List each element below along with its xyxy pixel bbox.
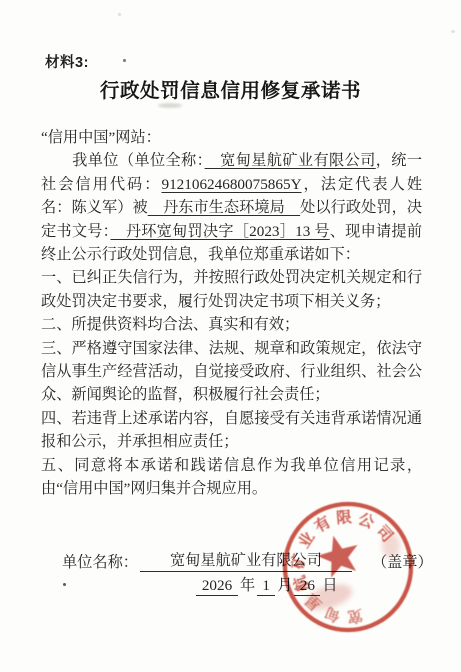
- scan-speck: [63, 583, 66, 586]
- unit-name-label: 单位名称：: [62, 554, 138, 571]
- scan-smudge: [158, 103, 182, 108]
- salutation: “信用中国”网站：: [41, 126, 422, 149]
- text-run: 一、已纠正失信行为，并按照行政处罚决定机关规定和行政处罚决定书要求，履行处罚决定…: [41, 269, 422, 309]
- company-seal-stamp-icon: 宽甸星航矿业有限公司: [277, 496, 419, 638]
- text-run: 五、同意将本承诺和践诺信息作为我单位信用记录，由“信用中国”网归集并合规应用。: [41, 457, 422, 497]
- underlined-fill-in-text: 91210624680075865Y: [161, 176, 301, 193]
- scan-speck: [123, 59, 126, 62]
- text-run: 二、所提供资料均合法、真实和有效；: [41, 316, 299, 333]
- paragraph: 二、所提供资料均合法、真实和有效；: [41, 313, 422, 336]
- paragraph: 三、严格遵守国家法律、法规、规章和政策规定，依法守信从事生产经营活动，自觉接受政…: [41, 337, 422, 407]
- seal-star-icon: [313, 530, 364, 579]
- paragraph: 五、同意将本承诺和践诺信息作为我单位信用记录，由“信用中国”网归集并合规应用。: [41, 454, 422, 501]
- stamp-arc-char: 公: [356, 510, 378, 533]
- paragraph: 四、若违背上述承诺内容，自愿接受有关违背承诺情况通报和公示，并承担相应责任；: [41, 407, 422, 454]
- stamp-arc-text: 宽甸星航矿业有限公司: [288, 507, 397, 627]
- scan-speck: [451, 30, 455, 33]
- text-run: 我单位（单位全称：: [72, 152, 204, 169]
- scanned-document-page: 材料3: 行政处罚信息信用修复承诺书 “信用中国”网站： 我单位（单位全称： 宽…: [0, 0, 461, 672]
- text-run: 三、严格遵守国家法律、法规、规章和政策规定，依法守信从事生产经营活动，自觉接受政…: [41, 340, 422, 404]
- underlined-fill-in-text: 宽甸星航矿业有限公司: [205, 152, 376, 169]
- stamp-arc-char: 宽: [345, 606, 363, 627]
- document-body: “信用中国”网站： 我单位（单位全称： 宽甸星航矿业有限公司，统一社会信用代码：…: [41, 126, 422, 501]
- stamp-arc-char: 航: [289, 573, 312, 594]
- stamp-arc-char: 限: [335, 507, 352, 527]
- body-paragraphs: 我单位（单位全称： 宽甸星航矿业有限公司，统一社会信用代码：9121062468…: [41, 149, 422, 500]
- paragraph: 我单位（单位全称： 宽甸星航矿业有限公司，统一社会信用代码：9121062468…: [41, 149, 422, 266]
- date-year-unit: 年: [240, 577, 255, 594]
- material-label: 材料3:: [45, 51, 89, 72]
- date-year: 2026: [196, 577, 238, 596]
- stamp-arc-char: 矿: [288, 552, 309, 570]
- underlined-fill-in-text: 丹东市生态环境局: [148, 199, 300, 216]
- underlined-fill-in-text: 丹环宽甸罚决字［2023］13 号: [110, 223, 329, 240]
- document-title: 行政处罚信息信用修复承诺书: [0, 75, 461, 103]
- paragraph: 一、已纠正失信行为，并按照行政处罚决定机关规定和行政处罚决定书要求，履行处罚决定…: [41, 266, 422, 313]
- date-month: 1: [257, 577, 275, 596]
- seal-ink-smear: [382, 533, 400, 559]
- text-run: 四、若违背上述承诺内容，自愿接受有关违背承诺情况通报和公示，并承担相应责任；: [41, 410, 422, 450]
- scan-speck: [118, 13, 121, 16]
